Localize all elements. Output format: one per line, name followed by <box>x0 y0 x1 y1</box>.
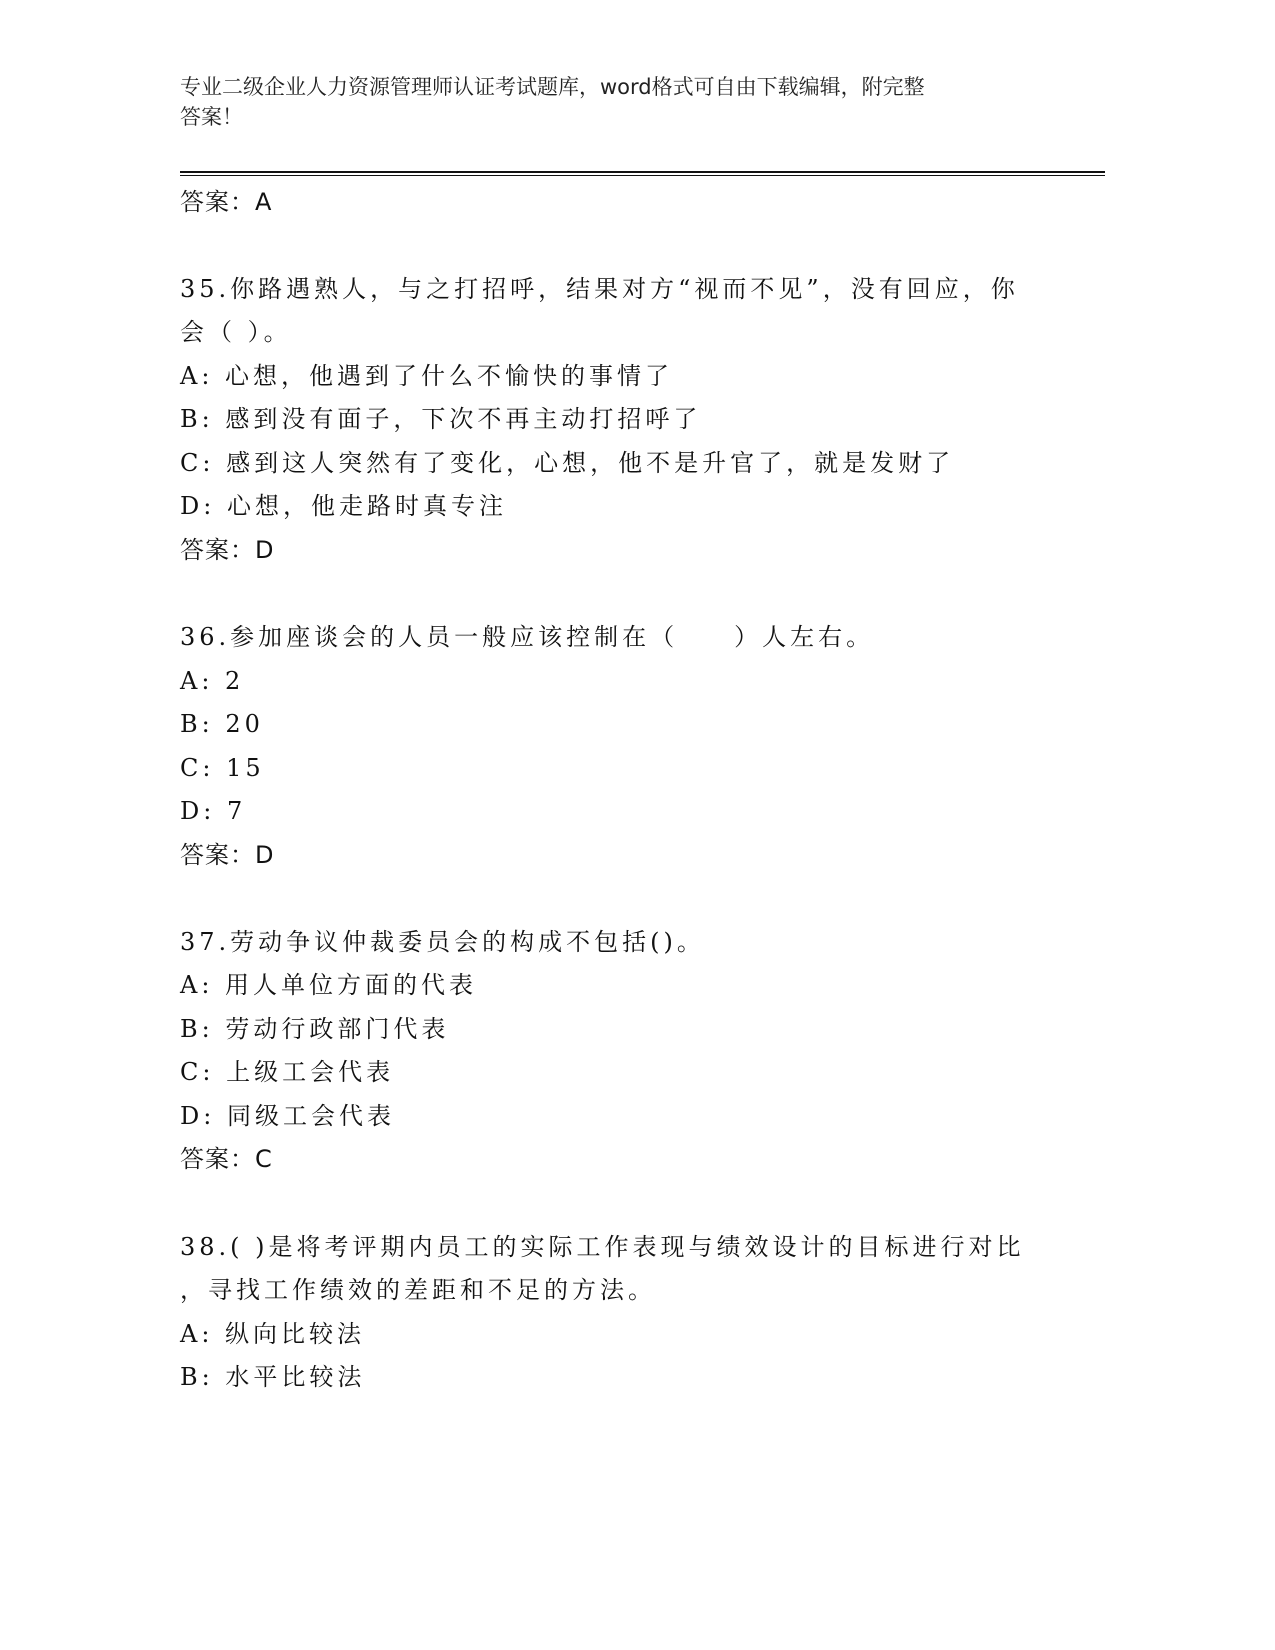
question-35-option-c: C: 感到这人突然有了变化，心想，他不是升官了，就是发财了 <box>180 448 954 478</box>
question-36-option-c: C: 15 <box>180 753 265 783</box>
question-37-option-c: C: 上级工会代表 <box>180 1057 394 1087</box>
question-38-stem-1: 38.( )是将考评期内员工的实际工作表现与绩效设计的目标进行对比 <box>180 1232 1025 1262</box>
question-35-option-b: B: 感到没有面子，下次不再主动打招呼了 <box>180 404 701 434</box>
question-35-option-d: D: 心想，他走路时真专注 <box>180 491 507 521</box>
question-36-option-a: A: 2 <box>180 666 244 696</box>
answer-34: 答案：A <box>180 187 272 217</box>
question-35-answer: 答案：D <box>180 535 274 565</box>
question-35-stem-1: 35.你路遇熟人，与之打招呼，结果对方“视而不见”，没有回应，你 <box>180 274 1019 304</box>
question-35-option-a: A: 心想，他遇到了什么不愉快的事情了 <box>180 361 673 391</box>
question-38-option-a: A: 纵向比较法 <box>180 1319 365 1349</box>
header-divider-top <box>180 171 1105 173</box>
question-36-stem-1: 36.参加座谈会的人员一般应该控制在（ ）人左右。 <box>180 622 874 652</box>
question-37-answer: 答案：C <box>180 1144 273 1174</box>
question-35-stem-2: 会（ ）。 <box>180 317 292 347</box>
question-37-option-a: A: 用人单位方面的代表 <box>180 970 477 1000</box>
document-header: 专业二级企业人力资源管理师认证考试题库，word格式可自由下载编辑，附完整 答案… <box>180 72 1030 132</box>
header-line-1: 专业二级企业人力资源管理师认证考试题库，word格式可自由下载编辑，附完整 <box>180 72 1030 102</box>
header-line-2: 答案！ <box>180 102 1030 132</box>
question-37-option-d: D: 同级工会代表 <box>180 1101 395 1131</box>
question-37-option-b: B: 劳动行政部门代表 <box>180 1014 449 1044</box>
question-38-option-b: B: 水平比较法 <box>180 1362 365 1392</box>
header-divider-bottom <box>180 175 1105 176</box>
question-36-option-d: D: 7 <box>180 796 246 826</box>
question-36-option-b: B: 20 <box>180 709 264 739</box>
question-38-stem-2: ，寻找工作绩效的差距和不足的方法。 <box>180 1275 656 1305</box>
question-37-stem-1: 37.劳动争议仲裁委员会的构成不包括()。 <box>180 927 705 957</box>
question-36-answer: 答案：D <box>180 840 274 870</box>
